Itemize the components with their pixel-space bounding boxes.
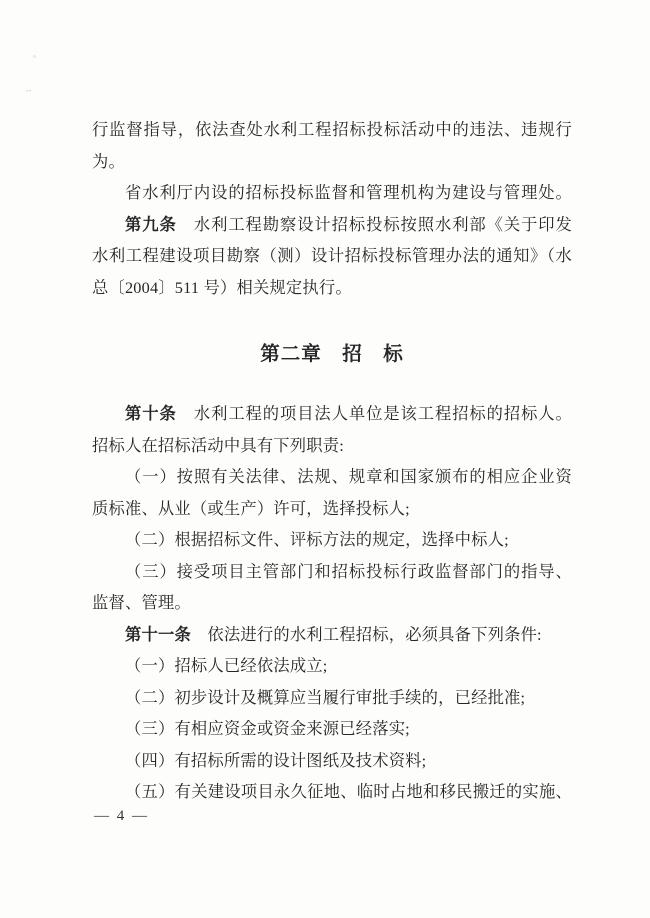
text-line: 监督、管理。 bbox=[92, 587, 572, 619]
article-number: 第九条 bbox=[125, 215, 177, 234]
text-line: 省水利厅内设的招标投标监督和管理机构为建设与管理处。 bbox=[92, 177, 572, 209]
article-number: 第十条 bbox=[125, 404, 177, 423]
text-line: 总〔2004〕511 号）相关规定执行。 bbox=[92, 272, 572, 304]
document-text-block: 行监督指导，依法查处水利工程招标投标活动中的违法、违规行 为。 省水利厅内设的招… bbox=[92, 114, 572, 808]
text-line: 质标准、从业（或生产）许可，选择投标人; bbox=[92, 493, 572, 525]
text-line: 行监督指导，依法查处水利工程招标投标活动中的违法、违规行 bbox=[92, 114, 572, 146]
scan-smudge-mark: ~ bbox=[25, 84, 39, 96]
text-line-article-10: 第十条 水利工程的项目法人单位是该工程招标的招标人。 bbox=[92, 398, 572, 430]
text-line: 招标人在招标活动中具有下列职责: bbox=[92, 430, 572, 462]
text-line-article-9: 第九条 水利工程勘察设计招标投标按照水利部《关于印发 bbox=[92, 209, 572, 241]
text-line-article-11: 第十一条 依法进行的水利工程招标，必须具备下列条件: bbox=[92, 619, 572, 651]
article-number: 第十一条 bbox=[125, 625, 191, 644]
text-line-item-1: （一）按照有关法律、法规、规章和国家颁布的相应企业资 bbox=[92, 461, 572, 493]
page-number: — 4 — bbox=[94, 804, 149, 828]
text-line: 为。 bbox=[92, 146, 572, 178]
scan-dot-artifact bbox=[33, 55, 36, 58]
text-line-item-5: （五）有关建设项目永久征地、临时占地和移民搬迁的实施、 bbox=[92, 776, 572, 808]
text-line-item-1: （一）招标人已经依法成立; bbox=[92, 650, 572, 682]
text-line-item-4: （四）有招标所需的设计图纸及技术资料; bbox=[92, 745, 572, 777]
document-page: ~ 行监督指导，依法查处水利工程招标投标活动中的违法、违规行 为。 省水利厅内设… bbox=[0, 0, 650, 918]
text-line-item-3: （三）接受项目主管部门和招标投标行政监督部门的指导、 bbox=[92, 556, 572, 588]
text-line-item-3: （三）有相应资金或资金来源已经落实; bbox=[92, 713, 572, 745]
text-line-item-2: （二）根据招标文件、评标方法的规定，选择中标人; bbox=[92, 524, 572, 556]
text-line: 水利工程建设项目勘察（测）设计招标投标管理办法的通知》（水 bbox=[92, 240, 572, 272]
text-line-item-2: （二）初步设计及概算应当履行审批手续的，已经批准; bbox=[92, 682, 572, 714]
chapter-heading: 第二章 招 标 bbox=[92, 339, 572, 371]
